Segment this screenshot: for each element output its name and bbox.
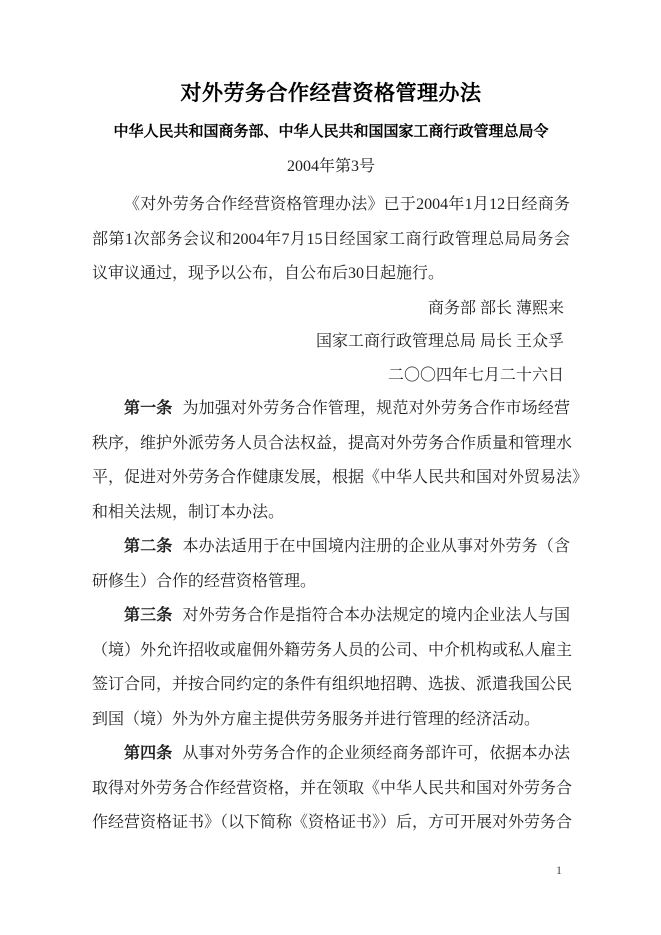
article-2-label: 第二条 [124, 538, 172, 555]
article-line: 研修生）合作的经营资格管理。 [92, 565, 570, 600]
article-line: 秩序，维护外派劳务人员合法权益，提高对外劳务合作质量和管理水 [92, 427, 570, 462]
signature-line-director: 国家工商行政管理总局 局长 王众孚 [92, 325, 570, 359]
article-line: 第一条为加强对外劳务合作管理，规范对外劳务合作市场经营 [92, 392, 570, 427]
signature-line-date: 二〇〇四年七月二十六日 [92, 359, 570, 393]
article-3: 第三条对外劳务合作是指符合本办法规定的境内企业法人与国 （境）外允许招收或雇佣外… [92, 599, 570, 737]
page-number: 1 [556, 863, 562, 877]
article-text: 本办法适用于在中国境内注册的企业从事对外劳务（含 [182, 538, 570, 555]
text-line: 议审议通过，现予以公布，自公布后30日起施行。 [92, 257, 570, 292]
article-line: 第四条从事对外劳务合作的企业须经商务部许可，依据本办法 [92, 737, 570, 772]
article-line: 第二条本办法适用于在中国境内注册的企业从事对外劳务（含 [92, 530, 570, 565]
article-text: 为加强对外劳务合作管理，规范对外劳务合作市场经营 [182, 400, 570, 417]
article-text: 对外劳务合作是指符合本办法规定的境内企业法人与国 [182, 607, 570, 624]
article-line: 签订合同，并按合同约定的条件有组织地招聘、选拔、派遣我国公民 [92, 668, 570, 703]
article-2: 第二条本办法适用于在中国境内注册的企业从事对外劳务（含 研修生）合作的经营资格管… [92, 530, 570, 599]
article-line: 作经营资格证书》（以下简称《资格证书》）后，方可开展对外劳务合 [92, 806, 570, 841]
article-text: 从事对外劳务合作的企业须经商务部许可，依据本办法 [182, 745, 570, 762]
article-4: 第四条从事对外劳务合作的企业须经商务部许可，依据本办法 取得对外劳务合作经营资格… [92, 737, 570, 841]
articles-section: 第一条为加强对外劳务合作管理，规范对外劳务合作市场经营 秩序，维护外派劳务人员合… [92, 392, 570, 841]
article-1-label: 第一条 [124, 400, 172, 417]
document-subtitle: 中华人民共和国商务部、中华人民共和国国家工商行政管理总局令 [92, 114, 570, 150]
article-line: 和相关法规，制订本办法。 [92, 496, 570, 531]
text-line: 《对外劳务合作经营资格管理办法》已于2004年1月12日经商务 [92, 188, 570, 223]
text-line: 部第1次部务会议和2004年7月15日经国家工商行政管理总局局务会 [92, 223, 570, 258]
article-1: 第一条为加强对外劳务合作管理，规范对外劳务合作市场经营 秩序，维护外派劳务人员合… [92, 392, 570, 530]
article-4-label: 第四条 [124, 745, 172, 762]
article-line: 到国（境）外为外方雇主提供劳务服务并进行管理的经济活动。 [92, 703, 570, 738]
document-title: 对外劳务合作经营资格管理办法 [92, 74, 570, 114]
article-line: 取得对外劳务合作经营资格，并在领取《中华人民共和国对外劳务合 [92, 772, 570, 807]
article-3-label: 第三条 [124, 607, 172, 624]
article-line: 第三条对外劳务合作是指符合本办法规定的境内企业法人与国 [92, 599, 570, 634]
signature-block: 商务部 部长 薄熙来 国家工商行政管理总局 局长 王众孚 二〇〇四年七月二十六日 [92, 292, 570, 393]
article-line: （境）外允许招收或雇佣外籍劳务人员的公司、中介机构或私人雇主 [92, 634, 570, 669]
document-number: 2004年第3号 [92, 150, 570, 184]
preamble-paragraph: 《对外劳务合作经营资格管理办法》已于2004年1月12日经商务 部第1次部务会议… [92, 188, 570, 292]
article-line: 平，促进对外劳务合作健康发展，根据《中华人民共和国对外贸易法》 [92, 461, 570, 496]
signature-line-minister: 商务部 部长 薄熙来 [92, 292, 570, 326]
document-page: 对外劳务合作经营资格管理办法 中华人民共和国商务部、中华人民共和国国家工商行政管… [0, 0, 661, 935]
